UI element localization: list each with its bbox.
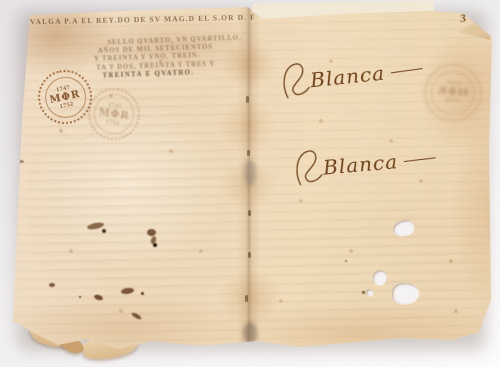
inscription-rubric-dash bbox=[391, 67, 423, 72]
ink-blot bbox=[362, 291, 365, 294]
photo-backdrop: VALGA P.A EL REY.DO DE SV MAG.D EL S.OR … bbox=[0, 0, 500, 367]
gutter-stain bbox=[244, 160, 256, 186]
worm-hole bbox=[366, 289, 373, 296]
overprint-title-line: VALGA P.A EL REY.DO DE SV MAG.D EL S.OR … bbox=[30, 13, 254, 27]
blanca-inscription: Blanca bbox=[291, 137, 437, 191]
edge-mark bbox=[10, 260, 14, 262]
stamp-year-bottom: 1752 bbox=[105, 118, 120, 126]
stamp-inner-ring: 1747 MΦR 1752 bbox=[92, 92, 137, 137]
binding-stitch bbox=[245, 295, 248, 302]
gutter-stain bbox=[243, 322, 257, 344]
stamp-year-bottom: 1752 bbox=[445, 98, 460, 105]
manuscript-spread: VALGA P.A EL REY.DO DE SV MAG.D EL S.OR … bbox=[0, 0, 500, 367]
stamp-bleedthrough: 1747 MΦR 1752 bbox=[421, 61, 485, 125]
inscription-text: Blanca bbox=[309, 61, 386, 93]
ink-blot bbox=[141, 292, 144, 295]
ink-blot bbox=[49, 283, 55, 287]
stamp-inner-ring: 1747 MΦR 1752 bbox=[429, 69, 477, 117]
ink-blot bbox=[153, 243, 157, 247]
binding-stitch bbox=[246, 96, 249, 103]
inscription-rubric-dash bbox=[404, 157, 436, 162]
ink-blot bbox=[147, 229, 156, 236]
foxing-spots bbox=[0, 0, 2, 2]
ink-blot bbox=[79, 296, 81, 298]
binding-stitch bbox=[248, 210, 251, 216]
binding-stitch bbox=[248, 252, 251, 258]
bleedthrough-script-right-page bbox=[256, 197, 481, 333]
ink-blot bbox=[345, 260, 347, 262]
ink-blot bbox=[121, 287, 135, 295]
blanca-inscription: Blanca bbox=[278, 48, 425, 105]
binding-stitch bbox=[247, 150, 250, 156]
inscription-text: Blanca bbox=[322, 149, 399, 179]
overprint-body-block: SELLO QVARTO, VN QVARTILLO, AÑOS DE MIL … bbox=[93, 34, 254, 81]
ink-blot bbox=[102, 229, 106, 233]
edge-mark bbox=[11, 234, 16, 236]
ink-blot bbox=[131, 312, 143, 321]
ink-blot bbox=[93, 294, 103, 302]
